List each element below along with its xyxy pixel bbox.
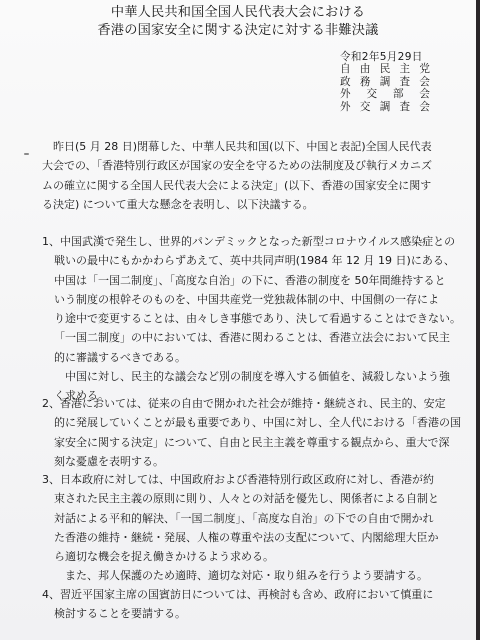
text-line: り途中で変更することは、由々しき事態であり、決して看過することはできない。 xyxy=(42,309,461,328)
resolution-item-2: 2、香港においては、従来の自由で開かれた社会が維持・継続され、民主的、安定 的に… xyxy=(42,394,461,471)
intro-paragraph: 昨日(5 月 28 日)閉幕した、中華人民共和国(以下、中国と表記)全国人民代表… xyxy=(42,137,432,214)
issuer-char: 会 xyxy=(419,88,430,100)
issuer-char: 査 xyxy=(400,76,411,88)
paper-speck xyxy=(24,153,29,155)
text-line: 昨日(5 月 28 日)閉幕した、中華人民共和国(以下、中国と表記)全国人民代表 xyxy=(42,137,432,156)
item-number: 1、 xyxy=(42,235,60,248)
item-first-line: 3、日本政府に対しては、中国政府および香港特別行政区政府に対し、香港が約 xyxy=(42,470,439,489)
resolution-item-1: 1、中国武漢で発生し、世界的パンデミックとなった新型コロナウイルス感染症との 戦… xyxy=(42,232,461,406)
text-line: 日本政府に対しては、中国政府および香港特別行政区政府に対し、香港が約 xyxy=(60,473,434,486)
issuer-char: 交 xyxy=(360,101,371,113)
issuer-char: 党 xyxy=(419,63,430,75)
text-line: 「一国二制度」の中においては、香港に関わることは、香港立法会において民主 xyxy=(42,328,461,347)
issuer-char: 会 xyxy=(419,101,430,113)
text-line: 大会での、「香港特別行政区が国家の安全を守るための法制度及び執行メカニズ xyxy=(42,156,432,175)
item-first-line: 2、香港においては、従来の自由で開かれた社会が維持・継続され、民主的、安定 xyxy=(42,394,461,413)
issuer-char: 査 xyxy=(400,101,411,113)
document-title-line-2: 香港の国家安全に関する決定に対する非難決議 xyxy=(0,22,476,40)
issuer-char: 調 xyxy=(380,76,391,88)
text-line: いう制度の根幹そのものを、中国共産党一党独裁体制の中、中国側の一存によ xyxy=(42,290,461,309)
document-page: 中華人民共和国全国人民代表大会における 香港の国家安全に関する決定に対する非難決… xyxy=(0,0,476,640)
item-number: 4、 xyxy=(42,588,60,601)
text-line: た香港の維持・継続・発展、人権の尊重や法の支配について、内閣総理大臣か xyxy=(42,528,439,547)
text-line: 的に発展していくことが最も重要であり、中国に対し、全人代における「香港の国 xyxy=(42,413,461,432)
text-line: 中国は「一国二制度」、「高度な自治」の下に、香港の制度を 50年間維持すると xyxy=(42,271,461,290)
text-line: 香港においては、従来の自由で開かれた社会が維持・継続され、民主的、安定 xyxy=(60,397,446,410)
issuer-foreign-affairs-research-commission: 外 交 調 査 会 xyxy=(340,101,430,113)
text-line: る決定) について重大な懸念を表明し、以下決議する。 xyxy=(42,195,432,214)
text-line: 家安全に関する決定」について、自由と民主主義を尊重する観点から、重大で深 xyxy=(42,433,461,452)
text-line: 習近平国家主席の国賓訪日については、再検討も含め、政府において慎重に xyxy=(60,588,433,601)
text-line: ムの確立に関する全国人民代表大会による決定」(以下、香港の国家安全に関す xyxy=(42,176,432,195)
document-title-line-1: 中華人民共和国全国人民代表大会における xyxy=(0,4,476,22)
issuer-policy-research-council: 政 務 調 査 会 xyxy=(340,76,430,88)
issuer-foreign-affairs-division: 外 交 部 会 xyxy=(340,88,430,100)
issuer-char: 務 xyxy=(360,76,371,88)
issuer-char: 会 xyxy=(419,76,430,88)
item-first-line: 1、中国武漢で発生し、世界的パンデミックとなった新型コロナウイルス感染症との xyxy=(42,232,461,251)
item-first-line: 4、習近平国家主席の国賓訪日については、再検討も含め、政府において慎重に xyxy=(42,585,433,604)
resolution-item-4: 4、習近平国家主席の国賓訪日については、再検討も含め、政府において慎重に 検討す… xyxy=(42,585,433,624)
text-line: 中国に対し、民主的な議会など別の制度を導入する価値を、減殺しないよう強 xyxy=(42,367,461,386)
issuer-char: 政 xyxy=(340,76,351,88)
text-line: ら適切な機会を捉え働きかけるよう求める。 xyxy=(42,547,439,566)
resolution-item-3: 3、日本政府に対しては、中国政府および香港特別行政区政府に対し、香港が約 束され… xyxy=(42,470,439,586)
issuer-char: 民 xyxy=(380,63,391,75)
item-number: 2、 xyxy=(42,397,60,410)
page-edge-shadow xyxy=(476,0,480,640)
text-line: 対話による平和的解決、「一国二制度」、「高度な自治」の下での自由で開かれ xyxy=(42,509,439,528)
issuer-char: 調 xyxy=(380,101,391,113)
issuer-char: 由 xyxy=(360,63,371,75)
issuer-char: 交 xyxy=(366,88,377,100)
document-date: 令和2年5月29日 xyxy=(340,51,430,63)
issuer-char: 自 xyxy=(340,63,351,75)
text-line: 中国武漢で発生し、世界的パンデミックとなった新型コロナウイルス感染症との xyxy=(60,235,455,248)
issuer-char: 主 xyxy=(400,63,411,75)
text-line: 戦いの最中にもかかわらずあえて、英中共同声明(1984 年 12 月 19 日)… xyxy=(42,251,461,270)
issuer-block: 令和2年5月29日 自 由 民 主 党 政 務 調 査 会 外 交 部 会 外 … xyxy=(340,51,430,113)
issuer-char: 外 xyxy=(340,88,351,100)
text-line: また、邦人保護のため適時、適切な対応・取り組みを行うよう要請する。 xyxy=(42,566,439,585)
text-line: 刻な憂慮を表明する。 xyxy=(42,452,461,471)
item-number: 3、 xyxy=(42,473,60,486)
issuer-ldp: 自 由 民 主 党 xyxy=(340,63,430,75)
issuer-char: 外 xyxy=(340,101,351,113)
text-line: 束された民主主義の原則に則り、人々との対話を優先し、関係者による自制と xyxy=(42,489,439,508)
issuer-char: 部 xyxy=(393,88,404,100)
text-line: 的に審議するべきである。 xyxy=(42,348,461,367)
text-line: 検討することを要請する。 xyxy=(42,604,433,623)
